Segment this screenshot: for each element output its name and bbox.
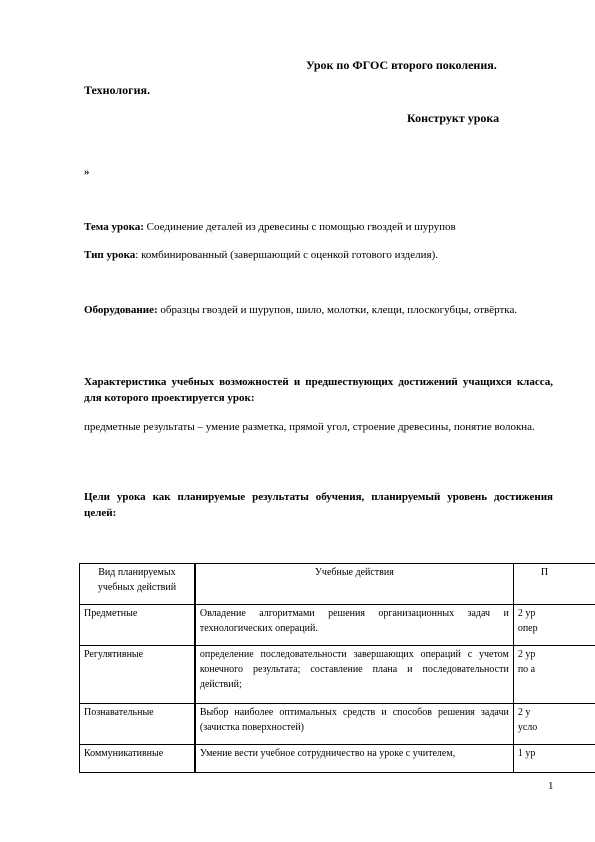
row-actions-cell: Умение вести учебное сотрудничество на у… [195, 745, 513, 773]
row-level-cell: 1 ур [513, 745, 595, 773]
characteristics-heading: Характеристика учебных возможностей и пр… [84, 374, 553, 406]
lesson-topic: Тема урока: Соединение деталей из древес… [84, 221, 456, 233]
header-title: Урок по ФГОС второго поколения. [306, 58, 497, 73]
row-type-cell: Регулятивные [80, 646, 195, 704]
table-row: Коммуникативные Умение вести учебное сот… [80, 745, 595, 773]
row-level-cell: 2 ур по а [513, 646, 595, 704]
table-row: Предметные Овладение алгоритмами решения… [80, 605, 595, 646]
lesson-type: Тип урока: комбинированный (завершающий … [84, 249, 438, 261]
equipment-paragraph: Оборудование: образцы гвоздей и шурупов,… [84, 302, 553, 318]
equipment-label: Оборудование: [84, 304, 158, 316]
subject-title: Технология. [84, 83, 150, 98]
header-cell-type: Вид планируемых учебных действий [80, 564, 195, 605]
row-actions-cell: определение последовательности завершающ… [195, 646, 513, 704]
characteristics-text: предметные результаты – умение разметка,… [84, 419, 553, 435]
table-row: Регулятивные определение последовательно… [80, 646, 595, 704]
equipment-value: образцы гвоздей и шурупов, шило, молотки… [158, 304, 517, 316]
row-type-cell: Предметные [80, 605, 195, 646]
row-type-cell: Познавательные [80, 704, 195, 745]
header-cell-level: П [513, 564, 595, 605]
lesson-type-label: Тип урока [84, 249, 135, 261]
lesson-topic-label: Тема урока: [84, 221, 144, 233]
table-header-row: Вид планируемых учебных действий Учебные… [80, 564, 595, 605]
row-actions-cell: Выбор наиболее оптимальных средств и спо… [195, 704, 513, 745]
row-type-cell: Коммуникативные [80, 745, 195, 773]
document-page: Урок по ФГОС второго поколения. Технолог… [0, 0, 595, 842]
construct-title: Конструкт урока [407, 111, 499, 126]
goals-table: Вид планируемых учебных действий Учебные… [79, 563, 595, 773]
header-cell-actions: Учебные действия [195, 564, 513, 605]
row-level-cell: 2 у усло [513, 704, 595, 745]
bullet-marker: » [84, 166, 90, 178]
goals-heading: Цели урока как планируемые результаты об… [84, 489, 553, 521]
page-number: 1 [548, 780, 554, 792]
row-actions-cell: Овладение алгоритмами решения организаци… [195, 605, 513, 646]
lesson-topic-value: Соединение деталей из древесины с помощь… [144, 221, 456, 233]
row-level-cell: 2 ур опер [513, 605, 595, 646]
lesson-type-value: : комбинированный (завершающий с оценкой… [135, 249, 438, 261]
table-row: Познавательные Выбор наиболее оптимальны… [80, 704, 595, 745]
